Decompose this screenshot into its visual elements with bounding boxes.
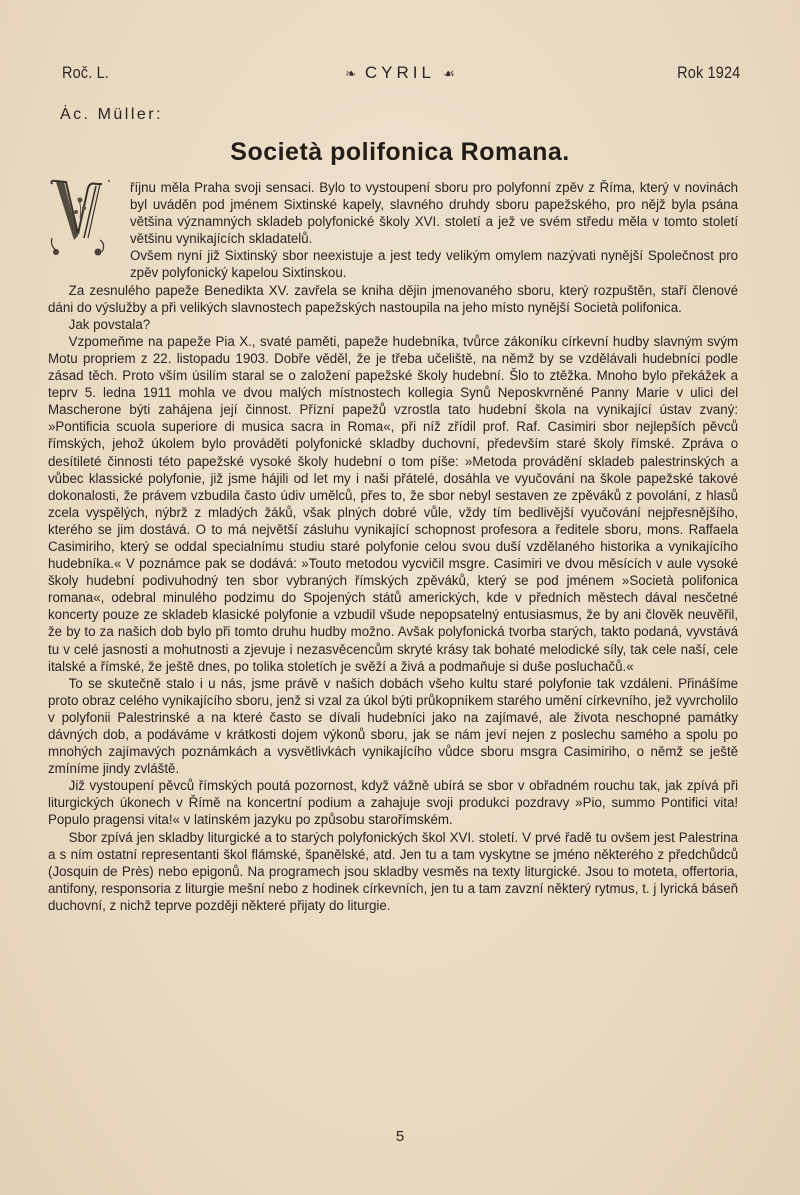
- ornament-right-icon: ☙: [443, 66, 455, 81]
- ornamental-initial-v-icon: [48, 178, 110, 258]
- article-body: říjnu měla Praha svoji sensaci. Bylo to …: [48, 180, 738, 915]
- article-title: Società polifonica Romana.: [0, 138, 800, 167]
- paragraph: To se skutečně stalo i u nás, jsme právě…: [48, 676, 738, 779]
- ornament-left-icon: ❧: [345, 66, 356, 81]
- document-page: Roč. L. ❧ CYRIL ☙ Rok 1924 Ȧc. Müller: S…: [0, 0, 800, 1195]
- paragraph: Ovšem nyní již Sixtinský sbor neexistuje…: [130, 248, 738, 282]
- opening-lines: říjnu měla Praha svoji sensaci. Bylo to …: [130, 180, 738, 283]
- running-head: Roč. L. ❧ CYRIL ☙ Rok 1924: [60, 60, 740, 90]
- paragraph: Vzpomeňme na papeže Pia X., svaté paměti…: [48, 334, 738, 676]
- year-label: Rok 1924: [677, 63, 740, 83]
- paragraph: říjnu měla Praha svoji sensaci. Bylo to …: [130, 180, 738, 248]
- page-number: 5: [0, 1128, 800, 1145]
- journal-title: CYRIL: [365, 63, 434, 82]
- paragraph: Sbor zpívá jen skladby liturgické a to s…: [48, 830, 738, 915]
- paragraph: Jak povstala?: [48, 317, 738, 334]
- opening-block: říjnu měla Praha svoji sensaci. Bylo to …: [48, 180, 738, 283]
- paragraph: Již vystoupení pěvců římských poutá pozo…: [48, 778, 738, 829]
- paragraph: Za zesnulého papeže Benedikta XV. zavřel…: [48, 283, 738, 317]
- journal-name: ❧ CYRIL ☙: [60, 63, 740, 83]
- author-byline: Ȧc. Müller:: [60, 106, 163, 124]
